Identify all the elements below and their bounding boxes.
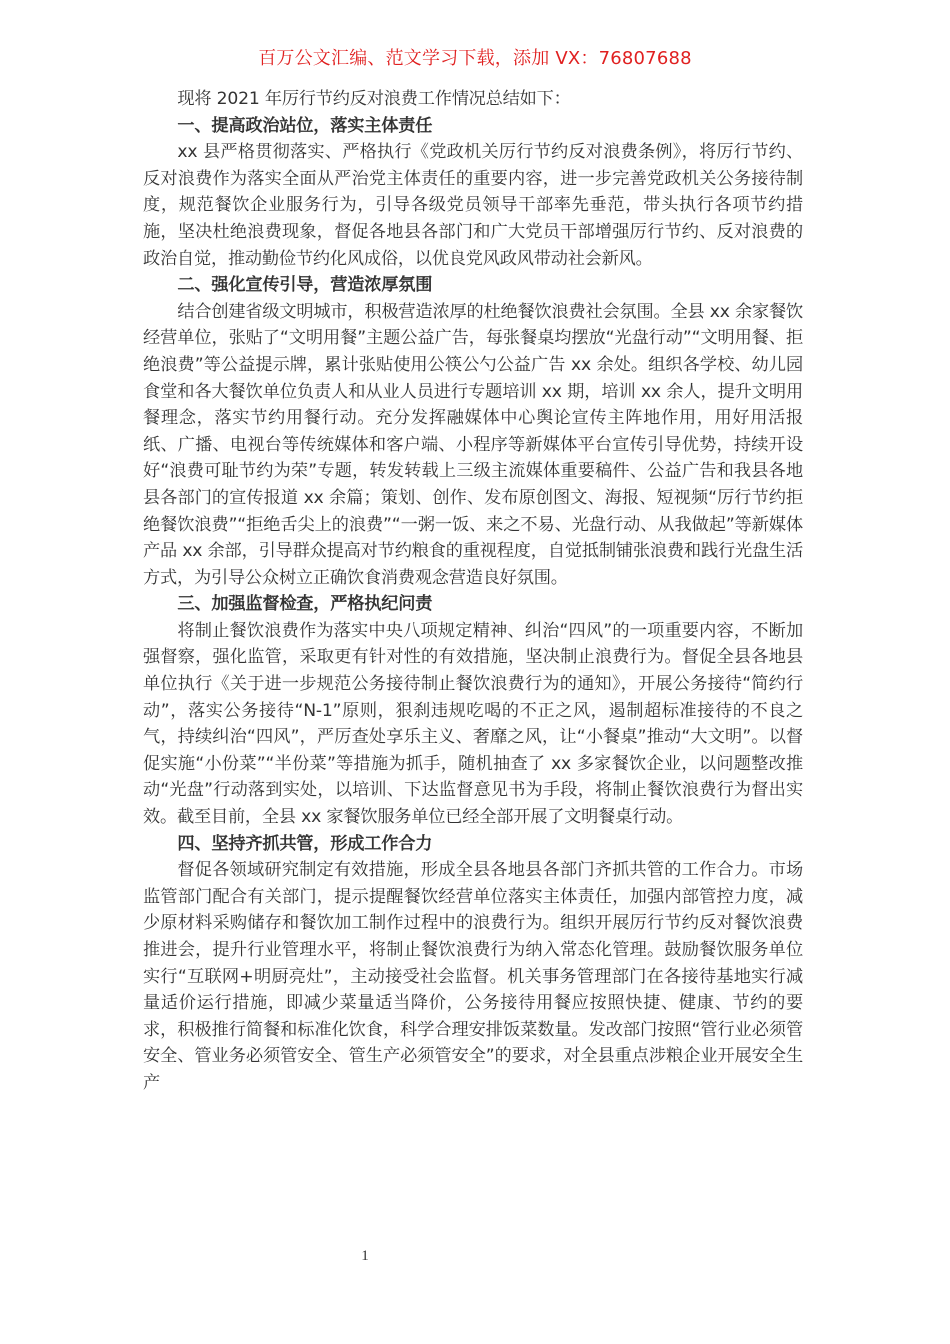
intro-paragraph: 现将 2021 年厉行节约反对浪费工作情况总结如下： xyxy=(143,86,803,113)
section-heading-3: 三、加强监督检查，严格执纪问责 xyxy=(143,591,803,618)
section-body-4: 督促各领域研究制定有效措施，形成全县各地县各部门齐抓共管的工作合力。市场监管部门… xyxy=(143,857,803,1096)
promo-banner: 百万公文汇编、范文学习下载，添加 VX：76807688 xyxy=(0,46,950,72)
document-page: 百万公文汇编、范文学习下载，添加 VX：76807688 现将 2021 年厉行… xyxy=(0,0,950,1344)
section-heading-2: 二、强化宣传引导，营造浓厚氛围 xyxy=(143,272,803,299)
section-heading-1: 一、提高政治站位，落实主体责任 xyxy=(143,113,803,140)
section-body-2: 结合创建省级文明城市，积极营造浓厚的杜绝餐饮浪费社会氛围。全县 xx 余家餐饮经… xyxy=(143,299,803,592)
document-body: 现将 2021 年厉行节约反对浪费工作情况总结如下： 一、提高政治站位，落实主体… xyxy=(143,86,803,1097)
section-body-3: 将制止餐饮浪费作为落实中央八项规定精神、纠治“四风”的一项重要内容，不断加强督察… xyxy=(143,618,803,831)
section-body-1: xx 县严格贯彻落实、严格执行《党政机关厉行节约反对浪费条例》，将厉行节约、反对… xyxy=(143,139,803,272)
section-heading-4: 四、坚持齐抓共管，形成工作合力 xyxy=(143,831,803,858)
page-number: 1 xyxy=(355,1248,375,1265)
